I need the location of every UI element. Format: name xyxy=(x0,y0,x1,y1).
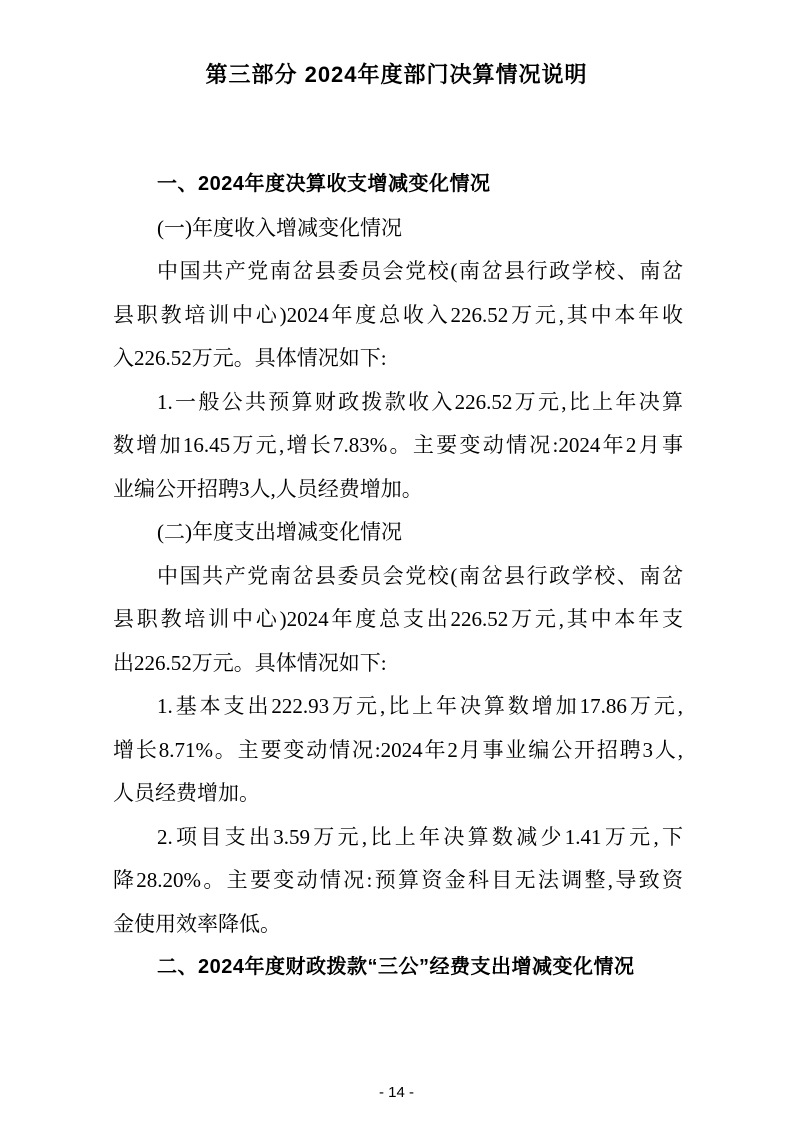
document-body: 一、2024年度决算收支增减变化情况 (一)年度收入增减变化情况 中国共产党南岔… xyxy=(113,163,683,990)
subsection-heading-2: (二)年度支出增减变化情况 xyxy=(113,511,683,555)
document-title: 第三部分 2024年度部门决算情况说明 xyxy=(0,60,793,90)
body-line: 业编公开招聘3人,人员经费增加。 xyxy=(113,468,683,512)
body-line: 县职教培训中心)2024年度总收入226.52万元,其中本年收 xyxy=(113,294,683,338)
body-line: 人员经费增加。 xyxy=(113,772,683,816)
body-line: 数增加16.45万元,增长7.83%。主要变动情况:2024年2月事 xyxy=(113,424,683,468)
section-heading-2: 二、2024年度财政拨款“三公”经费支出增减变化情况 xyxy=(113,946,683,990)
document-page: 第三部分 2024年度部门决算情况说明 一、2024年度决算收支增减变化情况 (… xyxy=(0,0,793,1122)
subsection-heading-1: (一)年度收入增减变化情况 xyxy=(113,207,683,251)
body-line: 1.一般公共预算财政拨款收入226.52万元,比上年决算 xyxy=(113,381,683,425)
body-line: 出226.52万元。具体情况如下: xyxy=(113,642,683,686)
body-line: 金使用效率降低。 xyxy=(113,903,683,947)
body-line: 入226.52万元。具体情况如下: xyxy=(113,337,683,381)
body-line: 中国共产党南岔县委员会党校(南岔县行政学校、南岔 xyxy=(113,555,683,599)
body-line: 1.基本支出222.93万元,比上年决算数增加17.86万元, xyxy=(113,685,683,729)
body-line: 2.项目支出3.59万元,比上年决算数减少1.41万元,下 xyxy=(113,816,683,860)
body-line: 降28.20%。主要变动情况:预算资金科目无法调整,导致资 xyxy=(113,859,683,903)
body-line: 中国共产党南岔县委员会党校(南岔县行政学校、南岔 xyxy=(113,250,683,294)
page-number: - 14 - xyxy=(0,1083,793,1103)
body-line: 县职教培训中心)2024年度总支出226.52万元,其中本年支 xyxy=(113,598,683,642)
section-heading-1: 一、2024年度决算收支增减变化情况 xyxy=(113,163,683,207)
body-line: 增长8.71%。主要变动情况:2024年2月事业编公开招聘3人, xyxy=(113,729,683,773)
